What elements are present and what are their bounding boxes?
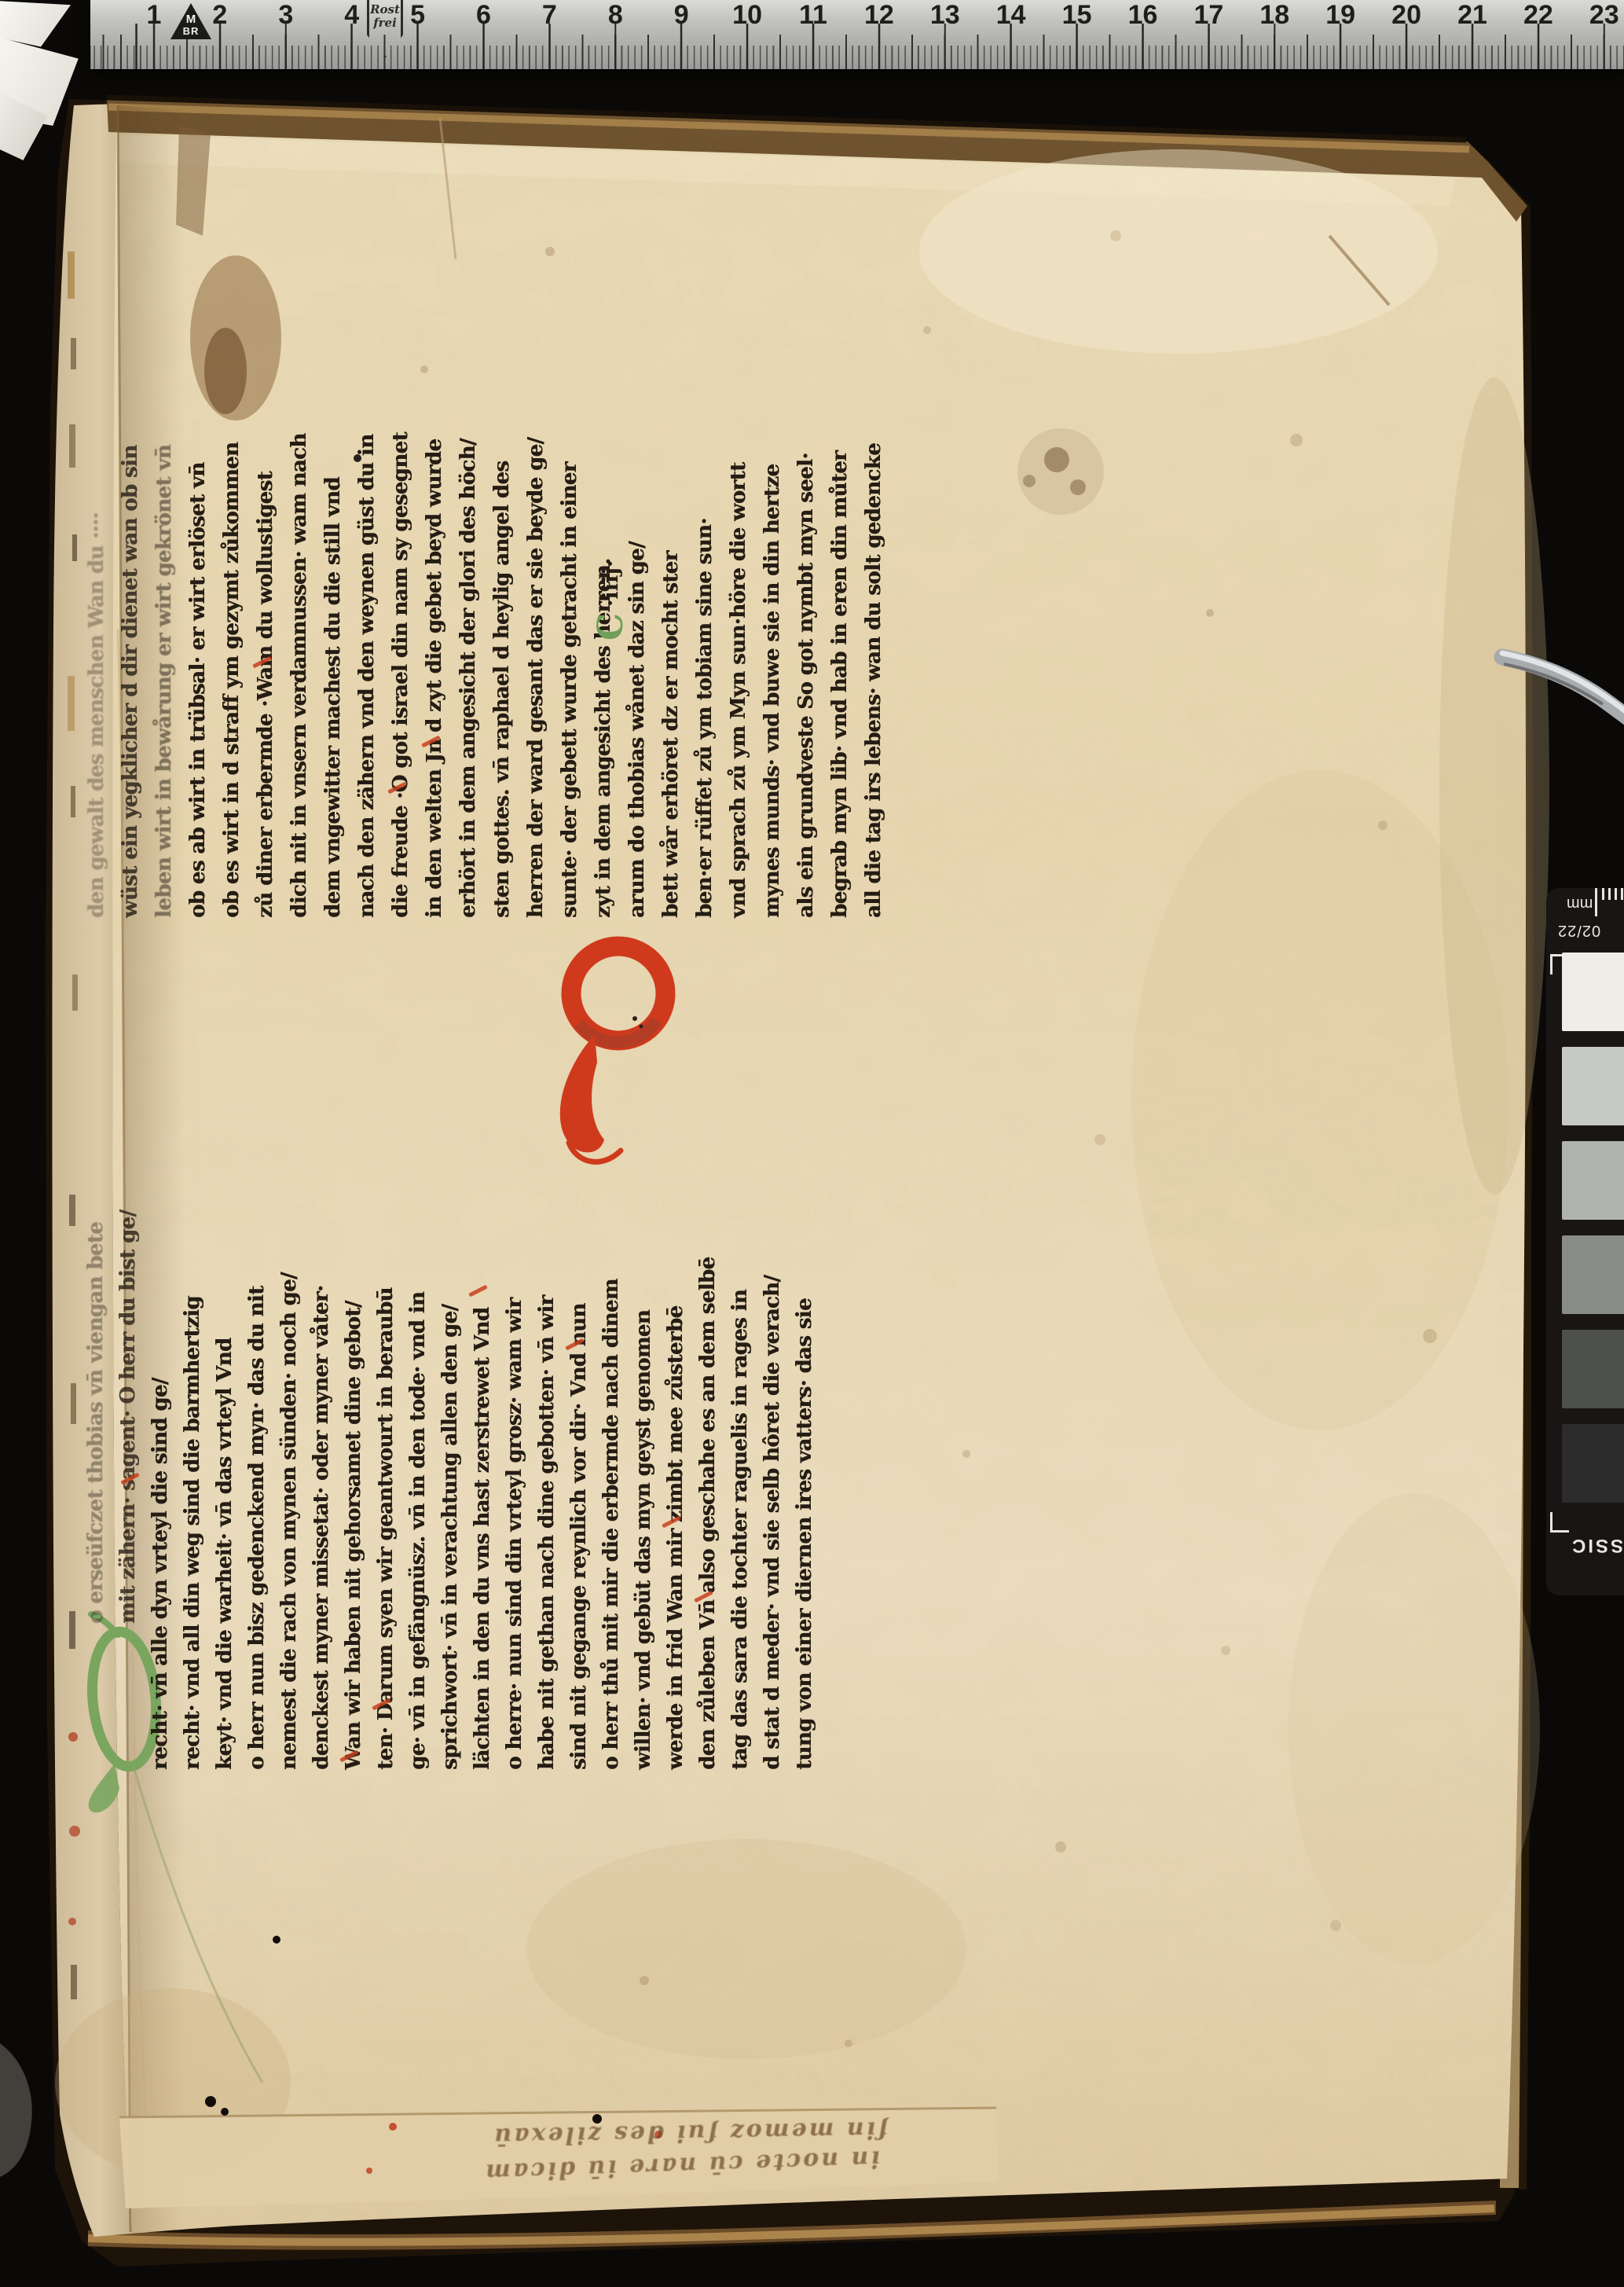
ruler-number: 22 — [1523, 0, 1553, 31]
card-label-brand: CLASSIC — [1570, 1534, 1624, 1556]
text-line: nach den zähern vnd den weynen güst du i… — [350, 453, 384, 918]
gray-patch — [1562, 1235, 1624, 1314]
text-line: werde in frid Wan mir zimbt mee zůsterbē — [660, 1232, 692, 1770]
chapter-initial: C — [591, 613, 631, 641]
text-line: in den welten Jn d zyt die gebet beyd wu… — [418, 453, 452, 918]
text-line: sunte· der gebett wurde getracht in eine… — [553, 453, 587, 918]
text-line: als ein grundveste So got nymbt myn seel… — [790, 453, 823, 918]
ruler-number: 2 — [212, 0, 227, 31]
photo-stage: den gewalt des menschen Wan du ····wüst … — [0, 0, 1624, 2287]
ruler-number: 8 — [608, 0, 623, 31]
text-line: ge· vn̄ in gefängnüsz. vn̄ in den tode· … — [402, 1232, 434, 1770]
text-line: ten· Darum syen wir geantwourt in beraub… — [370, 1232, 402, 1770]
text-line: o erseüfczet thobias vn̄ viengan bete — [80, 1232, 112, 1770]
ruler-number: 11 — [799, 0, 827, 31]
metal-ruler: 1234567891011121314151617181920212223 M … — [90, 0, 1624, 69]
gray-patch — [1562, 953, 1624, 1031]
text-line: sprichwort· vn̄ in verachtung allen den … — [434, 1232, 467, 1770]
ruler-number: 1 — [147, 0, 162, 31]
corner-bracket-icon — [1550, 1512, 1569, 1533]
text-line: mit zähern· sagent· O herr du bist ge/ — [112, 1232, 145, 1770]
text-line: sten gottes. vn̄ raphael d heylig angel … — [486, 453, 519, 918]
badge-word: Rost — [369, 3, 401, 17]
text-line: Wan wir haben nit gehorsamet dine gebot/ — [338, 1232, 370, 1770]
text-line: dich nit in vnsern verdamnussen· wam nac… — [283, 453, 317, 918]
text-line: mynes munds· vnd buwe sie in din hertze — [756, 453, 790, 918]
text-line: o herr thů mit mir die erbermde nach din… — [596, 1232, 628, 1770]
logo-letters: BR — [170, 25, 211, 37]
ruler-number: 7 — [542, 0, 557, 31]
text-line: d stat d meder· vnd sie selb hôret die v… — [757, 1232, 789, 1770]
ruler-number: 3 — [278, 0, 293, 31]
ruler-number: 10 — [732, 0, 762, 31]
gray-patch — [1562, 1141, 1624, 1220]
text-line: ob es ab wirt in trübsal· er wirt erlöse… — [181, 453, 215, 918]
text-column-left: o erseüfczet thobias vn̄ viengan betemit… — [80, 1232, 853, 1770]
chapter-mark: C ·iiij· — [585, 523, 636, 641]
text-line: willen· vnd gebüt das myn geyst genomen — [628, 1232, 660, 1770]
logo-letter: M — [170, 13, 211, 26]
text-line: habe nit gethan nach dine gebotten· vn̄ … — [531, 1232, 563, 1770]
text-line: recht· vnd all din weg sind die barmhert… — [177, 1232, 209, 1770]
stain-cluster — [1017, 428, 1104, 515]
text-column-right: den gewalt des menschen Wan du ····wüst … — [80, 453, 891, 918]
text-line: vnd sprach zů ym Myn sun·höre die wortt — [722, 453, 756, 918]
ruler-number: 13 — [930, 0, 960, 31]
ruler-number: 9 — [674, 0, 689, 31]
ruler-number: 21 — [1457, 0, 1487, 31]
ruler-number: 16 — [1128, 0, 1158, 31]
text-line: begrab myn lib· vnd hab in eren din můte… — [823, 453, 857, 918]
text-line: die freude ·O got israel din nam sy gese… — [384, 453, 418, 918]
gray-patch — [1562, 1424, 1624, 1503]
ruler-number: 20 — [1391, 0, 1421, 31]
text-line: sind nit gegange reynlich vor dir· Vnd n… — [563, 1232, 596, 1770]
text-line: bett wår erhöret dz er mocht ster — [654, 453, 688, 918]
text-line: ob es wirt in d straff ym gezymt zůkomme… — [215, 453, 249, 918]
text-line: zů diner erbermde ·Wam du wollustigest — [249, 453, 283, 918]
text-line: den zůleben Vn̄ also geschahe es an dem … — [692, 1232, 724, 1770]
text-line: tag das sara die tochter raguelis in rag… — [724, 1232, 757, 1770]
text-line: nemest die rach von mynen sünden· noch g… — [273, 1232, 306, 1770]
text-line: wüst ein yegklicher d dir dienet wan ob … — [114, 453, 148, 918]
ruler-number: 14 — [996, 0, 1026, 31]
text-line: den gewalt des menschen Wan du ···· — [80, 453, 114, 918]
text-line: all die tag irs lebens· wan du solt gede… — [857, 453, 891, 918]
ruler-number: 23 — [1589, 0, 1619, 31]
text-line: lächten in den du vns hast zerstrewet Vn… — [467, 1232, 499, 1770]
text-line: o herr nun bisz gedenckend myn· das du n… — [241, 1232, 273, 1770]
text-line: herren der ward gesant das er sie beyde … — [519, 453, 553, 918]
ruler-number: 18 — [1259, 0, 1289, 31]
text-line: o herre· nun sind din vrteyl grosz· wam … — [499, 1232, 531, 1770]
badge-word: frei — [369, 17, 401, 30]
ruler-number: 5 — [410, 0, 425, 31]
ruler-number: 4 — [344, 0, 359, 31]
background-object — [0, 2043, 32, 2177]
mm-scale-ticks — [1595, 888, 1624, 920]
gray-patch — [1562, 1330, 1624, 1408]
mbr-logo: M BR — [170, 3, 211, 42]
gray-patch — [1562, 1047, 1624, 1125]
book-artwork — [0, 0, 1624, 2287]
text-line: leben wirt in bewårung er wirt gekrönet … — [148, 453, 181, 918]
text-line: recht· vn̄ alle dyn vrteyl die sind ge/ — [145, 1232, 177, 1770]
card-label-code: 02/22 — [1557, 921, 1600, 939]
ruler-number: 17 — [1193, 0, 1223, 31]
text-line: erhört in dem angesicht der glori des hö… — [452, 453, 486, 918]
gray-scale-card: mm 02/22 CLASSIC — [1546, 888, 1624, 1595]
text-line: tung von einer diernen ires vatters· das… — [789, 1232, 821, 1770]
ruler-number: 19 — [1325, 0, 1355, 31]
text-line: ben·er rüffet zů ym tobiam sine sun· — [688, 453, 722, 918]
chapter-numeral: ·iiij· — [599, 560, 623, 607]
card-label-mm: mm — [1567, 894, 1593, 912]
ruler-number: 6 — [476, 0, 491, 31]
text-line: keyt· vnd die warheit· vn̄ das vrteyl Vn… — [209, 1232, 241, 1770]
ruler-number: 15 — [1062, 0, 1092, 31]
text-line: denckest myner missetat· oder myner våte… — [306, 1232, 338, 1770]
ruler-number: 12 — [864, 0, 894, 31]
text-line: dem vngewitter machest du die still vnd — [317, 453, 350, 918]
